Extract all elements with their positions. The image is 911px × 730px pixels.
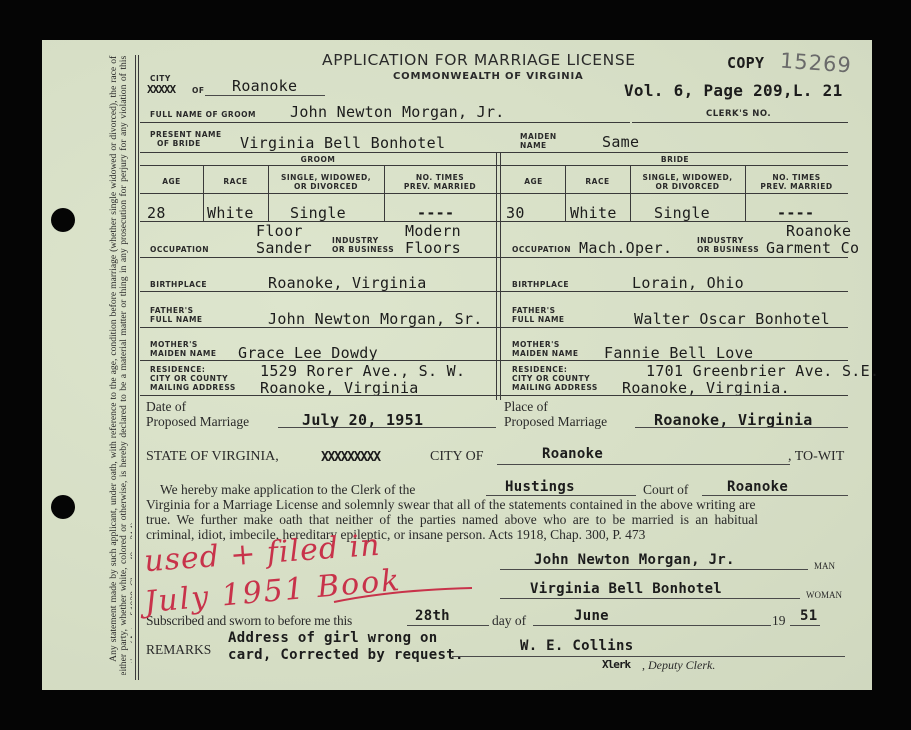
place-line	[635, 427, 848, 428]
clerk-struck: Xlerk	[602, 658, 630, 671]
mother-line	[140, 360, 848, 361]
to-wit-label: , TO-WIT	[788, 449, 844, 465]
man-line	[500, 569, 808, 570]
clerk-signature: W. E. Collins	[520, 638, 633, 654]
court-city: Roanoke	[727, 479, 788, 495]
groom-occupation-1: Floor	[256, 222, 303, 240]
bride-residence-label-2: City or County	[512, 374, 590, 383]
city-line	[205, 95, 325, 96]
state-prefix: STATE OF VIRGINIA,	[146, 449, 279, 465]
groom-status-header-1: Single, Widowed,	[268, 173, 384, 182]
bride-present-name: Virginia Bell Bonhotel	[240, 134, 445, 152]
copy-label: COPY	[727, 54, 764, 72]
bride-mother-label-1: Mother's	[512, 340, 560, 349]
bride-occupation-label: Occupation	[512, 245, 571, 254]
form-subtitle: COMMONWEALTH OF VIRGINIA	[393, 71, 584, 82]
bride-occupation: Mach.Oper.	[579, 239, 672, 257]
oath-city-line	[497, 464, 790, 465]
groom-birthplace-label: Birthplace	[150, 280, 207, 289]
groom-residence-label-3: Mailing Address	[150, 383, 236, 392]
bride-industry-label-1: Industry	[697, 236, 744, 245]
bride-times-header-2: Prev. Married	[745, 182, 848, 191]
bride-father-label-2: Full Name	[512, 315, 565, 324]
bride-name-label-2: of Bride	[157, 139, 201, 148]
handwritten-underline	[332, 580, 482, 610]
bride-status: Single	[654, 204, 710, 222]
bride-residence-label-3: Mailing Address	[512, 383, 598, 392]
woman-label: Woman	[806, 586, 842, 602]
city-value: Roanoke	[232, 77, 297, 95]
groom-section-header: Groom	[140, 155, 496, 164]
groom-father-name: John Newton Morgan, Sr.	[268, 310, 483, 328]
maiden-name-label-2: Name	[520, 141, 547, 150]
groom-status-header-2: or Divorced	[268, 182, 384, 191]
groom-name-label: Full Name of Groom	[150, 110, 256, 119]
bride-race-header: Race	[565, 177, 630, 186]
bride-name-label-1: Present Name	[150, 130, 222, 139]
oath-line-1a: We hereby make application to the Clerk …	[160, 482, 415, 498]
groom-race: White	[207, 204, 254, 222]
city-label-struck: XXXXX	[147, 83, 175, 96]
remarks-label: REMARKS	[146, 642, 211, 658]
court-type-line	[486, 495, 636, 496]
bride-birthplace: Lorain, Ohio	[632, 274, 744, 292]
groom-residence-label-2: City or County	[150, 374, 228, 383]
year-prefix: 19	[772, 613, 786, 629]
groom-age-header: Age	[140, 177, 203, 186]
residence-line	[140, 395, 848, 396]
name-row-line	[140, 152, 848, 153]
subscribed-month: June	[574, 608, 609, 624]
woman-signature: Virginia Bell Bonhotel	[530, 581, 722, 597]
groom-occupation-2: Sander	[256, 239, 312, 257]
groom-race-header: Race	[203, 177, 268, 186]
copy-number-stamp: 15269	[779, 49, 852, 78]
county-struck: XXXXXXXXX	[321, 450, 380, 465]
punch-hole-bottom	[51, 495, 75, 519]
bride-industry-1: Roanoke	[786, 222, 851, 240]
groom-status: Single	[290, 204, 346, 222]
occupation-line	[140, 257, 848, 258]
subscribed-day: 28th	[415, 608, 450, 624]
year-line	[790, 625, 820, 626]
groom-residence-1: 1529 Rorer Ave., S. W.	[260, 362, 465, 380]
woman-line	[500, 598, 800, 599]
remarks-line-1: Address of girl wrong on	[228, 630, 438, 646]
bride-father-label-1: Father's	[512, 306, 555, 315]
deputy-clerk-label: , Deputy Clerk.	[642, 658, 715, 673]
court-city-line	[702, 495, 848, 496]
volume-reference: Vol. 6, Page 209,L. 21	[624, 81, 843, 100]
subscribed-year: 51	[800, 608, 817, 624]
form-title: APPLICATION FOR MARRIAGE LICENSE	[322, 51, 636, 69]
bride-mother-label-2: Maiden Name	[512, 349, 578, 358]
bride-times-married: ----	[777, 204, 814, 222]
bride-times-header-1: No. Times	[745, 173, 848, 182]
date-label-2: Proposed Marriage	[146, 414, 249, 430]
groom-industry-1: Modern	[405, 222, 461, 240]
groom-mother-label-1: Mother's	[150, 340, 198, 349]
bride-father-name: Walter Oscar Bonhotel	[634, 310, 830, 328]
oath-line-2: Virginia for a Marriage License and sole…	[146, 497, 756, 513]
groom-residence-label-1: Residence:	[150, 365, 205, 374]
clerks-no-line	[632, 122, 848, 123]
date-label-1: Date of	[146, 399, 186, 415]
groom-industry-label-2: or Business	[332, 245, 394, 254]
groom-name-line	[140, 122, 630, 123]
father-line	[140, 327, 848, 328]
city-label-top: City	[150, 74, 171, 83]
bride-age-header: Age	[502, 177, 565, 186]
table-header-line	[140, 193, 848, 194]
groom-times-married: ----	[417, 204, 454, 222]
bride-age: 30	[506, 204, 525, 222]
groom-birthplace: Roanoke, Virginia	[268, 274, 427, 292]
maiden-name-value: Same	[602, 133, 639, 151]
section-header-line	[140, 165, 848, 166]
place-label-1: Place of	[504, 399, 548, 415]
man-signature: John Newton Morgan, Jr.	[534, 552, 735, 568]
groom-full-name: John Newton Morgan, Jr.	[290, 103, 505, 121]
bride-residence-label-1: Residence:	[512, 365, 567, 374]
legal-text-1: Any statement made by such applicant, un…	[109, 56, 132, 675]
center-divider-1	[496, 152, 497, 400]
groom-mother-label-2: Maiden Name	[150, 349, 216, 358]
bride-industry-2: Garment Co	[766, 239, 859, 257]
oath-city-value: Roanoke	[542, 446, 603, 462]
oath-line-3: true. We further make oath that neither …	[146, 512, 758, 528]
groom-occupation-label: Occupation	[150, 245, 209, 254]
city-of-label: CITY OF	[430, 449, 484, 465]
groom-age: 28	[147, 204, 166, 222]
sidebar-divider	[135, 55, 136, 680]
court-type: Hustings	[505, 479, 575, 495]
bride-residence-1: 1701 Greenbrier Ave. S.E.	[646, 362, 879, 380]
remarks-line-2: card, Corrected by request.	[228, 647, 464, 663]
marriage-license-card: Any statement made by such applicant, un…	[42, 40, 872, 690]
groom-times-header-1: No. Times	[384, 173, 496, 182]
city-label-of: of	[192, 86, 205, 95]
day-of-label: day of	[492, 613, 526, 629]
bride-birthplace-label: Birthplace	[512, 280, 569, 289]
bride-race: White	[570, 204, 617, 222]
punch-hole-top	[51, 208, 75, 232]
man-label: Man	[814, 557, 835, 573]
date-line	[278, 427, 496, 428]
center-divider-2	[500, 152, 501, 400]
bride-industry-label-2: or Business	[697, 245, 759, 254]
clerks-no-label: Clerk's No.	[706, 110, 771, 119]
bride-status-header-1: Single, Widowed,	[630, 173, 745, 182]
bride-status-header-2: or Divorced	[630, 182, 745, 191]
oath-line-1b: Court of	[643, 482, 688, 498]
legal-sidebar: Any statement made by such applicant, un…	[80, 55, 132, 675]
groom-times-header-2: Prev. Married	[384, 182, 496, 191]
table-row-line	[140, 221, 848, 222]
sidebar-divider-2	[138, 55, 139, 680]
groom-father-label-1: Father's	[150, 306, 193, 315]
groom-industry-label-1: Industry	[332, 236, 379, 245]
clerk-line	[452, 656, 845, 657]
month-line	[533, 625, 771, 626]
bride-section-header: Bride	[502, 155, 848, 164]
birthplace-line	[140, 291, 848, 292]
place-label-2: Proposed Marriage	[504, 414, 607, 430]
maiden-name-label-1: Maiden	[520, 132, 557, 141]
groom-industry-2: Floors	[405, 239, 461, 257]
day-line	[407, 625, 489, 626]
groom-father-label-2: Full Name	[150, 315, 203, 324]
